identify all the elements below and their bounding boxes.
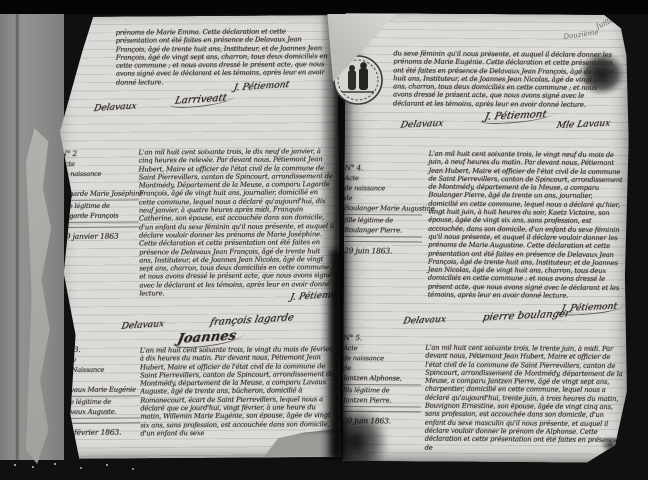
acte-3-margin-note: N° 3. Acte de Naissance de Lavaux Marie … [62, 344, 141, 438]
acte-5-body-text: L'an mil huit cent soixante trois, le tr… [424, 344, 623, 461]
margin-line: fille légitime de [61, 200, 139, 211]
signature: Delavaux [93, 101, 137, 114]
margin-line: Acte [60, 158, 138, 169]
acte-date: 29 juin 1863. [344, 244, 422, 257]
margin-line: de Naissance [62, 364, 140, 375]
right-page: Douzième Juillet du sexe féminin qu'il n… [342, 13, 629, 463]
margin-line: de [343, 363, 421, 374]
margin-line: de naissance [344, 183, 422, 194]
parent-name: Lavaux Auguste. [62, 406, 140, 419]
signature: J. Pétiemont [479, 109, 555, 125]
acte-date: 20 février 1863. [62, 425, 140, 438]
parent-name: Lagarde François [61, 210, 139, 223]
acte-number: N° 3. [62, 344, 140, 355]
signature: Delavaux [400, 119, 445, 131]
margin-line: de [62, 374, 140, 385]
acte-4-margin-note: N° 4. Acte de naissance de Boulanger Mar… [344, 163, 423, 257]
scanned-birth-register-photo: prénoms de Marie Emma. Cette déclaration… [0, 0, 648, 480]
margin-line: fille légitime de [62, 396, 140, 407]
acte-2-margin-note: N° 2 Acte de naissance de Lagarde Marie … [60, 148, 139, 242]
acte-number: N° 4. [344, 163, 422, 174]
debris-speckles [14, 464, 16, 466]
margin-line: Acte [343, 343, 421, 354]
acte-number: N° 2 [60, 148, 138, 159]
margin-line: de [61, 178, 139, 189]
acte-2-body-text: L'an mil huit cent soixante trois, le di… [138, 147, 335, 298]
margin-line: fille légitime de [344, 215, 422, 226]
ink-smudge [598, 435, 622, 455]
signature: J. Pétiemont [233, 80, 290, 93]
acte-date: 19 janvier 1863 [61, 229, 139, 242]
margin-line: Acte [344, 173, 422, 184]
acte-number: N° 5. [343, 333, 421, 344]
corner-annotation: Juillet [595, 15, 617, 31]
margin-line: de [344, 193, 422, 204]
margin-divider [344, 237, 422, 243]
signature: J. Pétiemont [556, 301, 626, 316]
corner-annotation: Douzième [563, 28, 599, 41]
child-name: Jantzen Alphonse, [343, 373, 421, 386]
child-name: Lavaux Marie Eugénie [62, 384, 140, 397]
signature: françois lagarde [209, 312, 295, 328]
margin-line: de naissance [343, 353, 421, 364]
margin-line: Acte [62, 354, 140, 365]
acte-4-body-text: L'an mil huit cent soixante trois, le vi… [428, 150, 623, 301]
child-name: Lagarde Marie Joséphine [61, 188, 139, 201]
acte-1-closing-text: prénoms de Marie Emma. Cette déclaration… [116, 27, 328, 87]
acte-3-closing-text: du sexe féminin qu'il nous présente, et … [393, 49, 615, 109]
binding-crease [330, 250, 344, 458]
left-page: prénoms de Marie Emma. Cette déclaration… [53, 15, 340, 459]
signature: Delavaux [120, 319, 164, 332]
parent-name: Boulanger Pierre. [344, 225, 422, 238]
signature: Delavaux [402, 315, 447, 327]
child-name: Boulanger Marie Augustine [344, 203, 422, 216]
margin-divider [61, 222, 139, 228]
signature: Mle Lavaux [555, 118, 611, 130]
margin-divider [62, 418, 140, 424]
margin-line: de naissance [61, 168, 139, 179]
signature: Larriveatt [169, 92, 235, 109]
margin-line: fils légitime de [343, 385, 421, 396]
